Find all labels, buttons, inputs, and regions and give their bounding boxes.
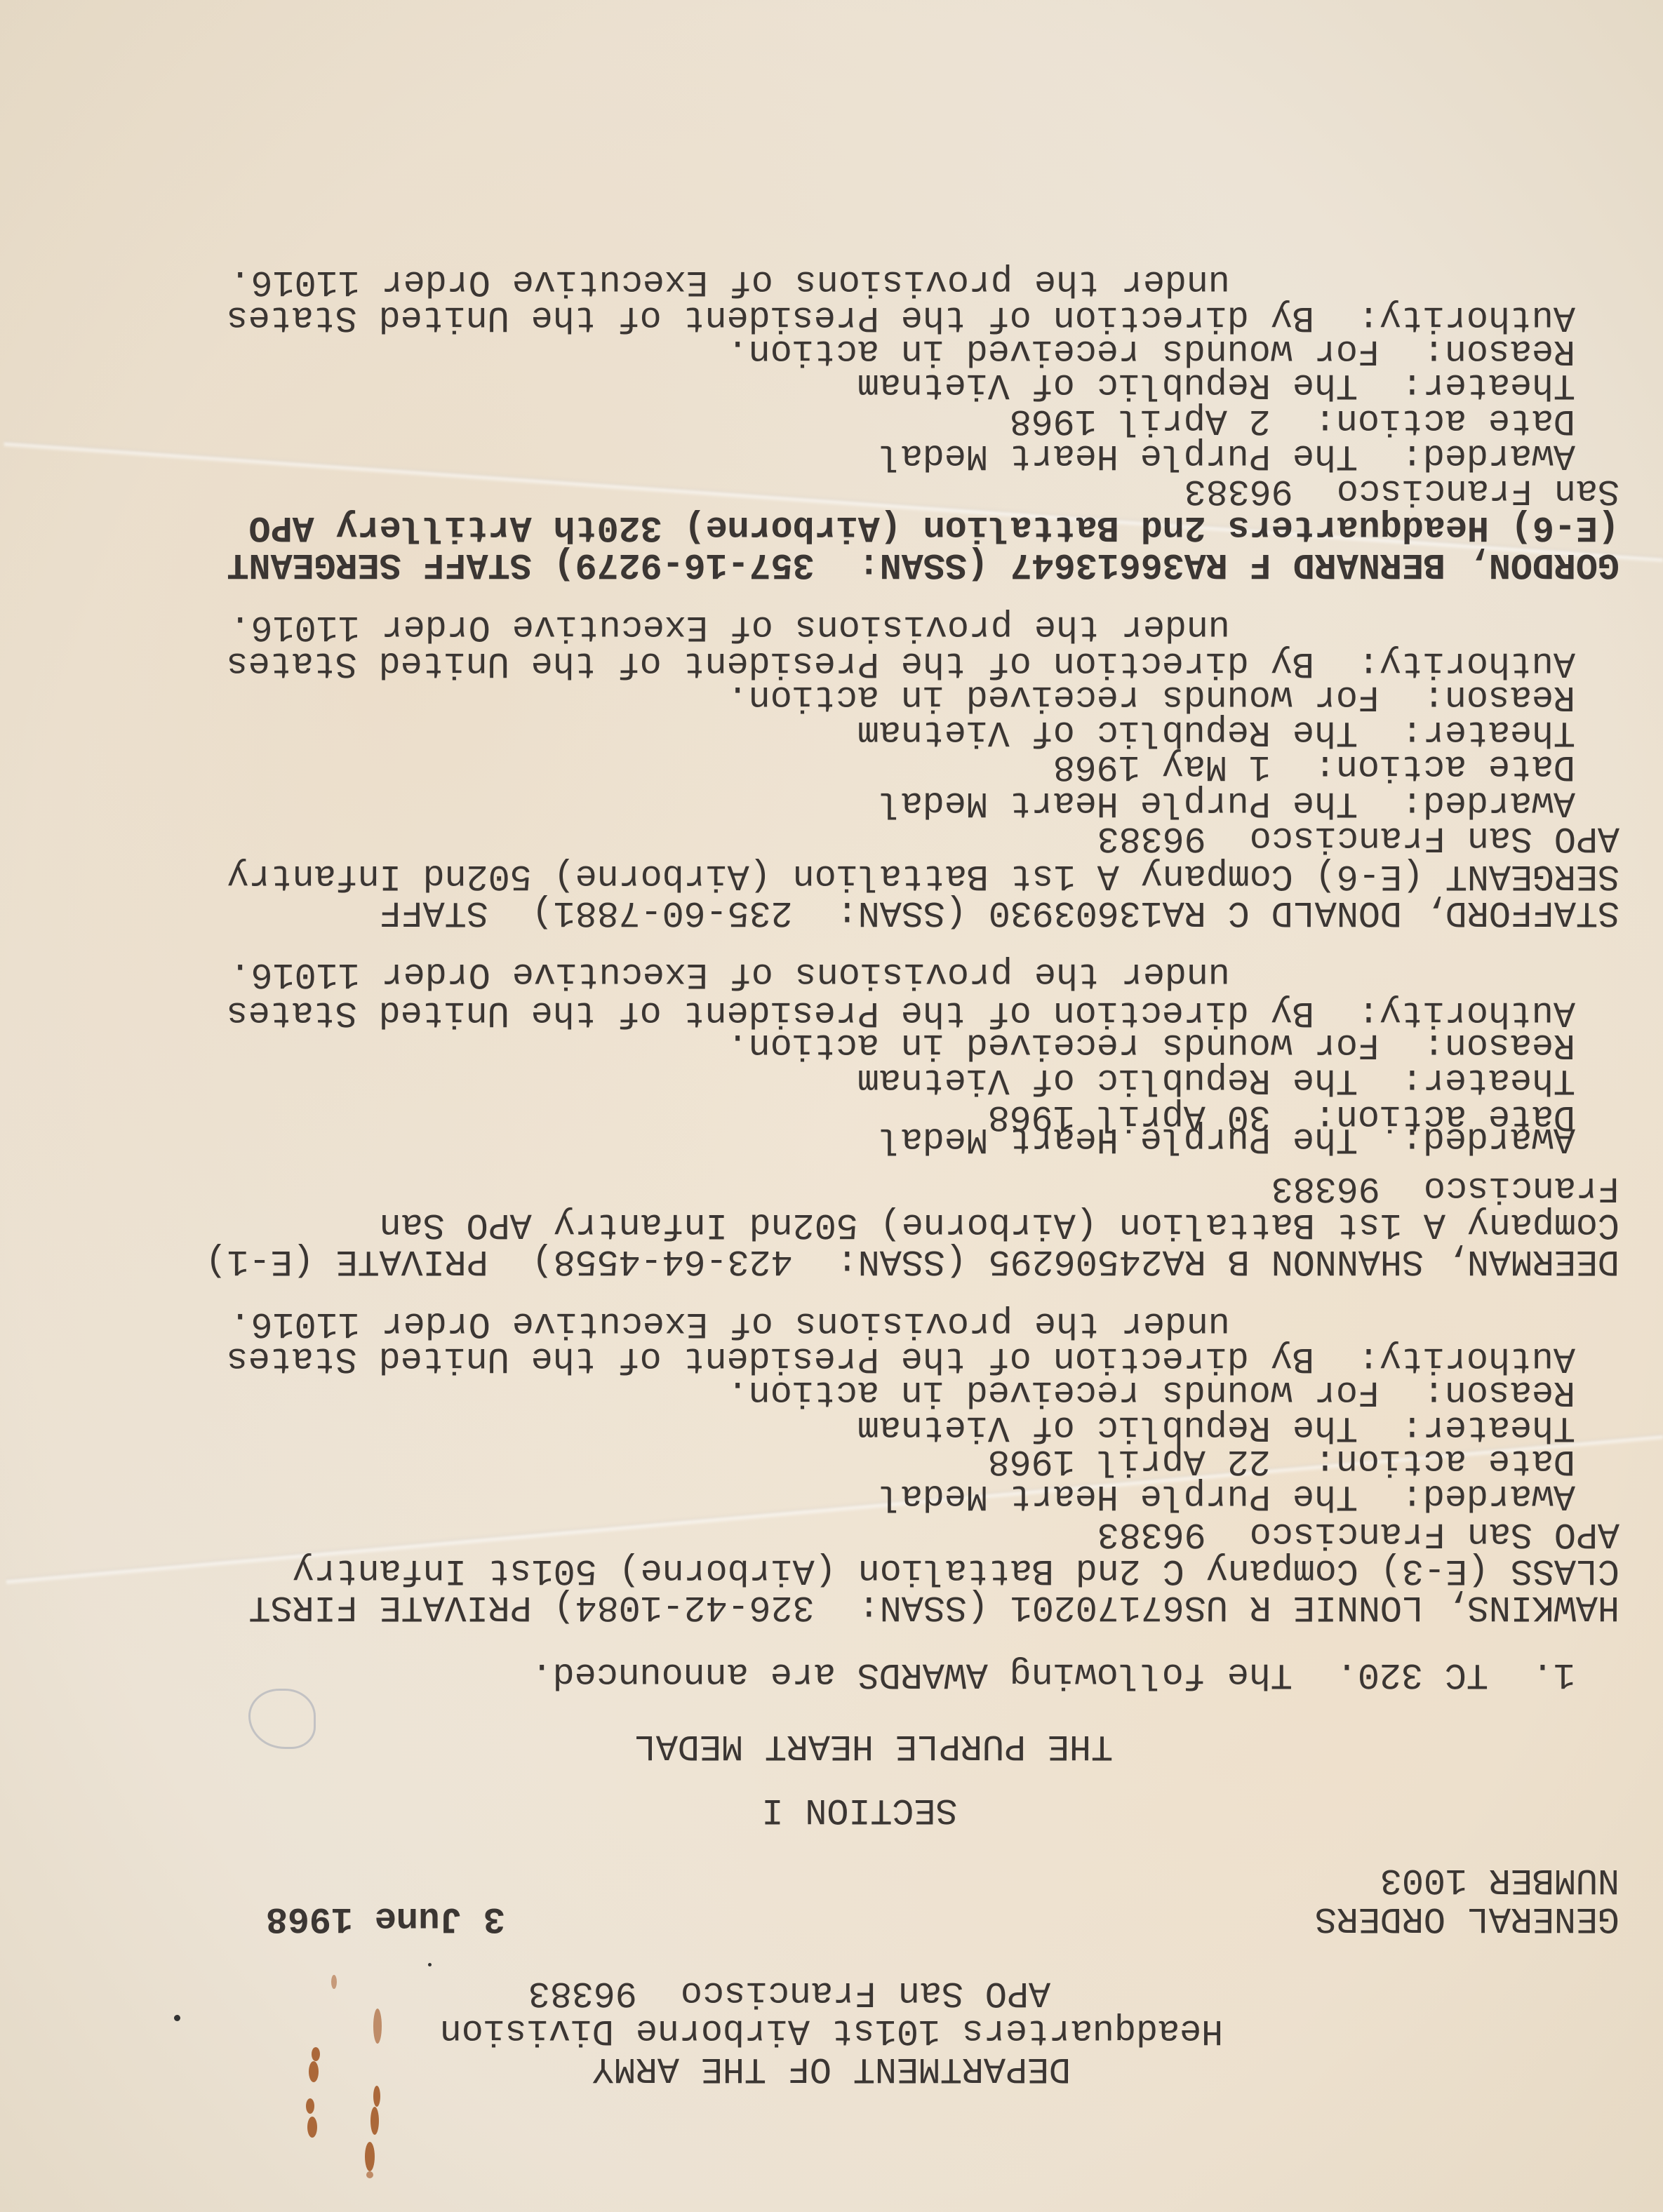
entry-theater: Theater: The Republic of Vietnam [857,1409,1575,1444]
entry-awarded: Awarded: The Purple Heart Medal [879,785,1575,820]
entry-apo-line: APO San Francisco 96383 [1097,1516,1619,1551]
header-apo: APO San Francisco 96383 [0,1975,1621,2010]
entry-name-line: GORDON, BERNARD F RA36613647 (SSAN: 357-… [227,547,1619,582]
entry-authority-cont: under the provisions of Executive Order … [229,1306,1230,1341]
entry-date-action: Date action: 22 April 1968 [988,1443,1575,1478]
entry-theater: Theater: The Republic of Vietnam [857,1062,1575,1097]
ink-speck [428,1963,432,1966]
entry-apo-line: San Francisco 96383 [1184,473,1619,508]
orders-number: NUMBER 1003 [1380,1862,1619,1897]
header-department: DEPARTMENT OF THE ARMY [0,2051,1663,2086]
entry-unit-line: CLASS (E-3) Company C 2nd Battalion (Air… [293,1553,1619,1588]
section-heading: SECTION I [28,1792,1663,1827]
entry-date-action: Date action: 2 April 1968 [1010,403,1575,438]
orders-date: 3 June 1968 [266,1901,505,1936]
entry-reason: Reason: For wounds received in action. [727,333,1575,368]
entry-apo-line: Francisco 96383 [1271,1170,1619,1205]
ink-speck [174,2015,180,2021]
orders-title: GENERAL ORDERS [1315,1901,1619,1936]
entry-authority-cont: under the provisions of Executive Order … [229,956,1230,991]
entry-authority-cont: under the provisions of Executive Order … [229,264,1230,299]
entry-awarded: Awarded: The Purple Heart Medal [879,438,1575,473]
document-page: DEPARTMENT OF THE ARMY Headquarters 101s… [0,0,1663,2212]
entry-unit-line: Company A 1st Battalion (Airborne) 502nd… [380,1207,1619,1242]
entry-name-line: STAFFORD, DONALD C RA13603930 (SSAN: 235… [380,894,1619,930]
entry-authority: Authority: By direction of the President… [227,300,1575,335]
entry-apo-line: APO San Francisco 96383 [1097,820,1619,855]
entry-reason: Reason: For wounds received in action. [727,679,1575,714]
entry-date-action: Date action: 30 April 1968 [988,1099,1575,1134]
entry-theater: Theater: The Republic of Vietnam [857,367,1575,402]
entry-reason: Reason: For wounds received in action. [727,1374,1575,1409]
entry-authority: Authority: By direction of the President… [227,995,1575,1030]
entry-unit-line: (E-6) Headquarters 2nd Battalion (Airbor… [249,509,1619,544]
entry-unit-line: SERGEANT (E-6) Company A 1st Battalion (… [227,858,1619,893]
entry-authority: Authority: By direction of the President… [227,1341,1575,1376]
entry-theater: Theater: The Republic of Vietnam [857,714,1575,749]
header-headquarters: Headquarters 101st Airborne Division [0,2013,1663,2048]
announcement-paragraph: 1. TC 320. The following AWARDS are anno… [531,1656,1575,1691]
entry-awarded: Awarded: The Purple Heart Medal [879,1478,1575,1513]
entry-authority-cont: under the provisions of Executive Order … [229,609,1230,644]
entry-name-line: HAWKINS, LONNIE R US67170201 (SSAN: 326-… [249,1589,1619,1624]
entry-date-action: Date action: 1 May 1968 [1053,749,1575,784]
entry-name-line: DEERMAN, SHANNON B RA24506295 (SSAN: 423… [206,1243,1619,1278]
entry-authority: Authority: By direction of the President… [227,645,1575,681]
